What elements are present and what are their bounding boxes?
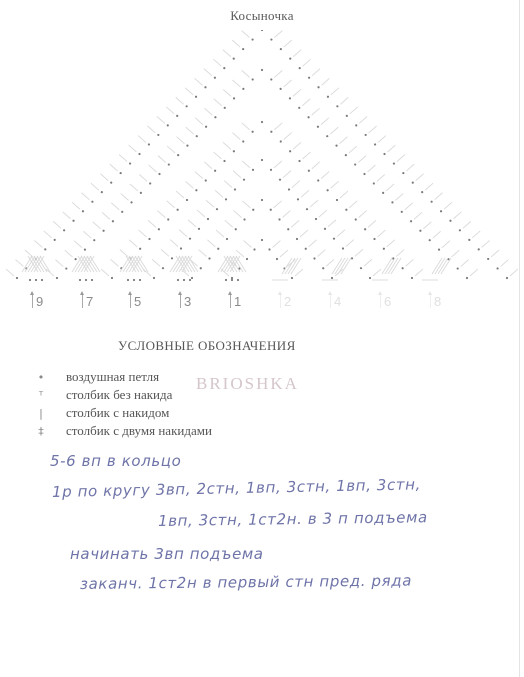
legend-label: столбик с накидом [66, 405, 169, 421]
arrow-up-icon [430, 294, 431, 308]
row-label-7: 7 [82, 292, 93, 309]
legend-label: воздушная петля [66, 369, 159, 385]
arrow-up-icon [32, 294, 33, 308]
handwritten-note-1: 5-6 вп в кольцо [50, 452, 181, 470]
arrow-up-icon [230, 294, 231, 308]
row-label-3: 3 [180, 292, 191, 309]
arrow-up-icon [180, 294, 181, 308]
legend-item-double-crochet: | столбик с накидом [30, 404, 212, 422]
legend-title: УСЛОВНЫЕ ОБОЗНАЧЕНИЯ [118, 338, 296, 354]
crochet-chart [0, 30, 524, 292]
legend-item-single-crochet: ᵀ столбик без накида [30, 386, 212, 404]
chain-stitch-dot-icon: • [30, 371, 52, 384]
arrow-up-icon [130, 294, 131, 308]
handwritten-note-4: начинать 3вп подъема [70, 545, 264, 563]
legend-label: столбик с двумя накидами [66, 423, 212, 439]
handwritten-note-5: заканч. 1ст2н в первый стн пред. ряда [80, 572, 412, 593]
handwritten-note-2: 1р по кругу 3вп, 2стн, 1вп, 3стн, 1вп, 3… [52, 475, 421, 501]
row-label-5: 5 [130, 292, 141, 309]
row-label-6: 6 [380, 292, 391, 309]
legend: • воздушная петля ᵀ столбик без накида |… [30, 368, 212, 440]
legend-item-chain: • воздушная петля [30, 368, 212, 386]
arrow-up-icon [380, 294, 381, 308]
row-label-9: 9 [32, 292, 43, 309]
row-label-2: 2 [280, 292, 291, 309]
legend-item-treble-crochet: ‡ столбик с двумя накидами [30, 422, 212, 440]
watermark: BRIOSHKA [196, 374, 299, 394]
double-crochet-icon: | [30, 407, 52, 420]
arrow-up-icon [330, 294, 331, 308]
treble-crochet-icon: ‡ [30, 425, 52, 438]
handwritten-note-3: 1вп, 3стн, 1ст2н. в 3 п подъема [158, 508, 428, 530]
arrow-up-icon [280, 294, 281, 308]
row-label-4: 4 [330, 292, 341, 309]
legend-label: столбик без накида [66, 387, 172, 403]
document-title: Косыночка [0, 8, 524, 24]
arrow-up-icon [82, 294, 83, 308]
single-crochet-icon: ᵀ [30, 389, 52, 402]
row-label-1: 1 [230, 292, 241, 309]
row-label-8: 8 [430, 292, 441, 309]
